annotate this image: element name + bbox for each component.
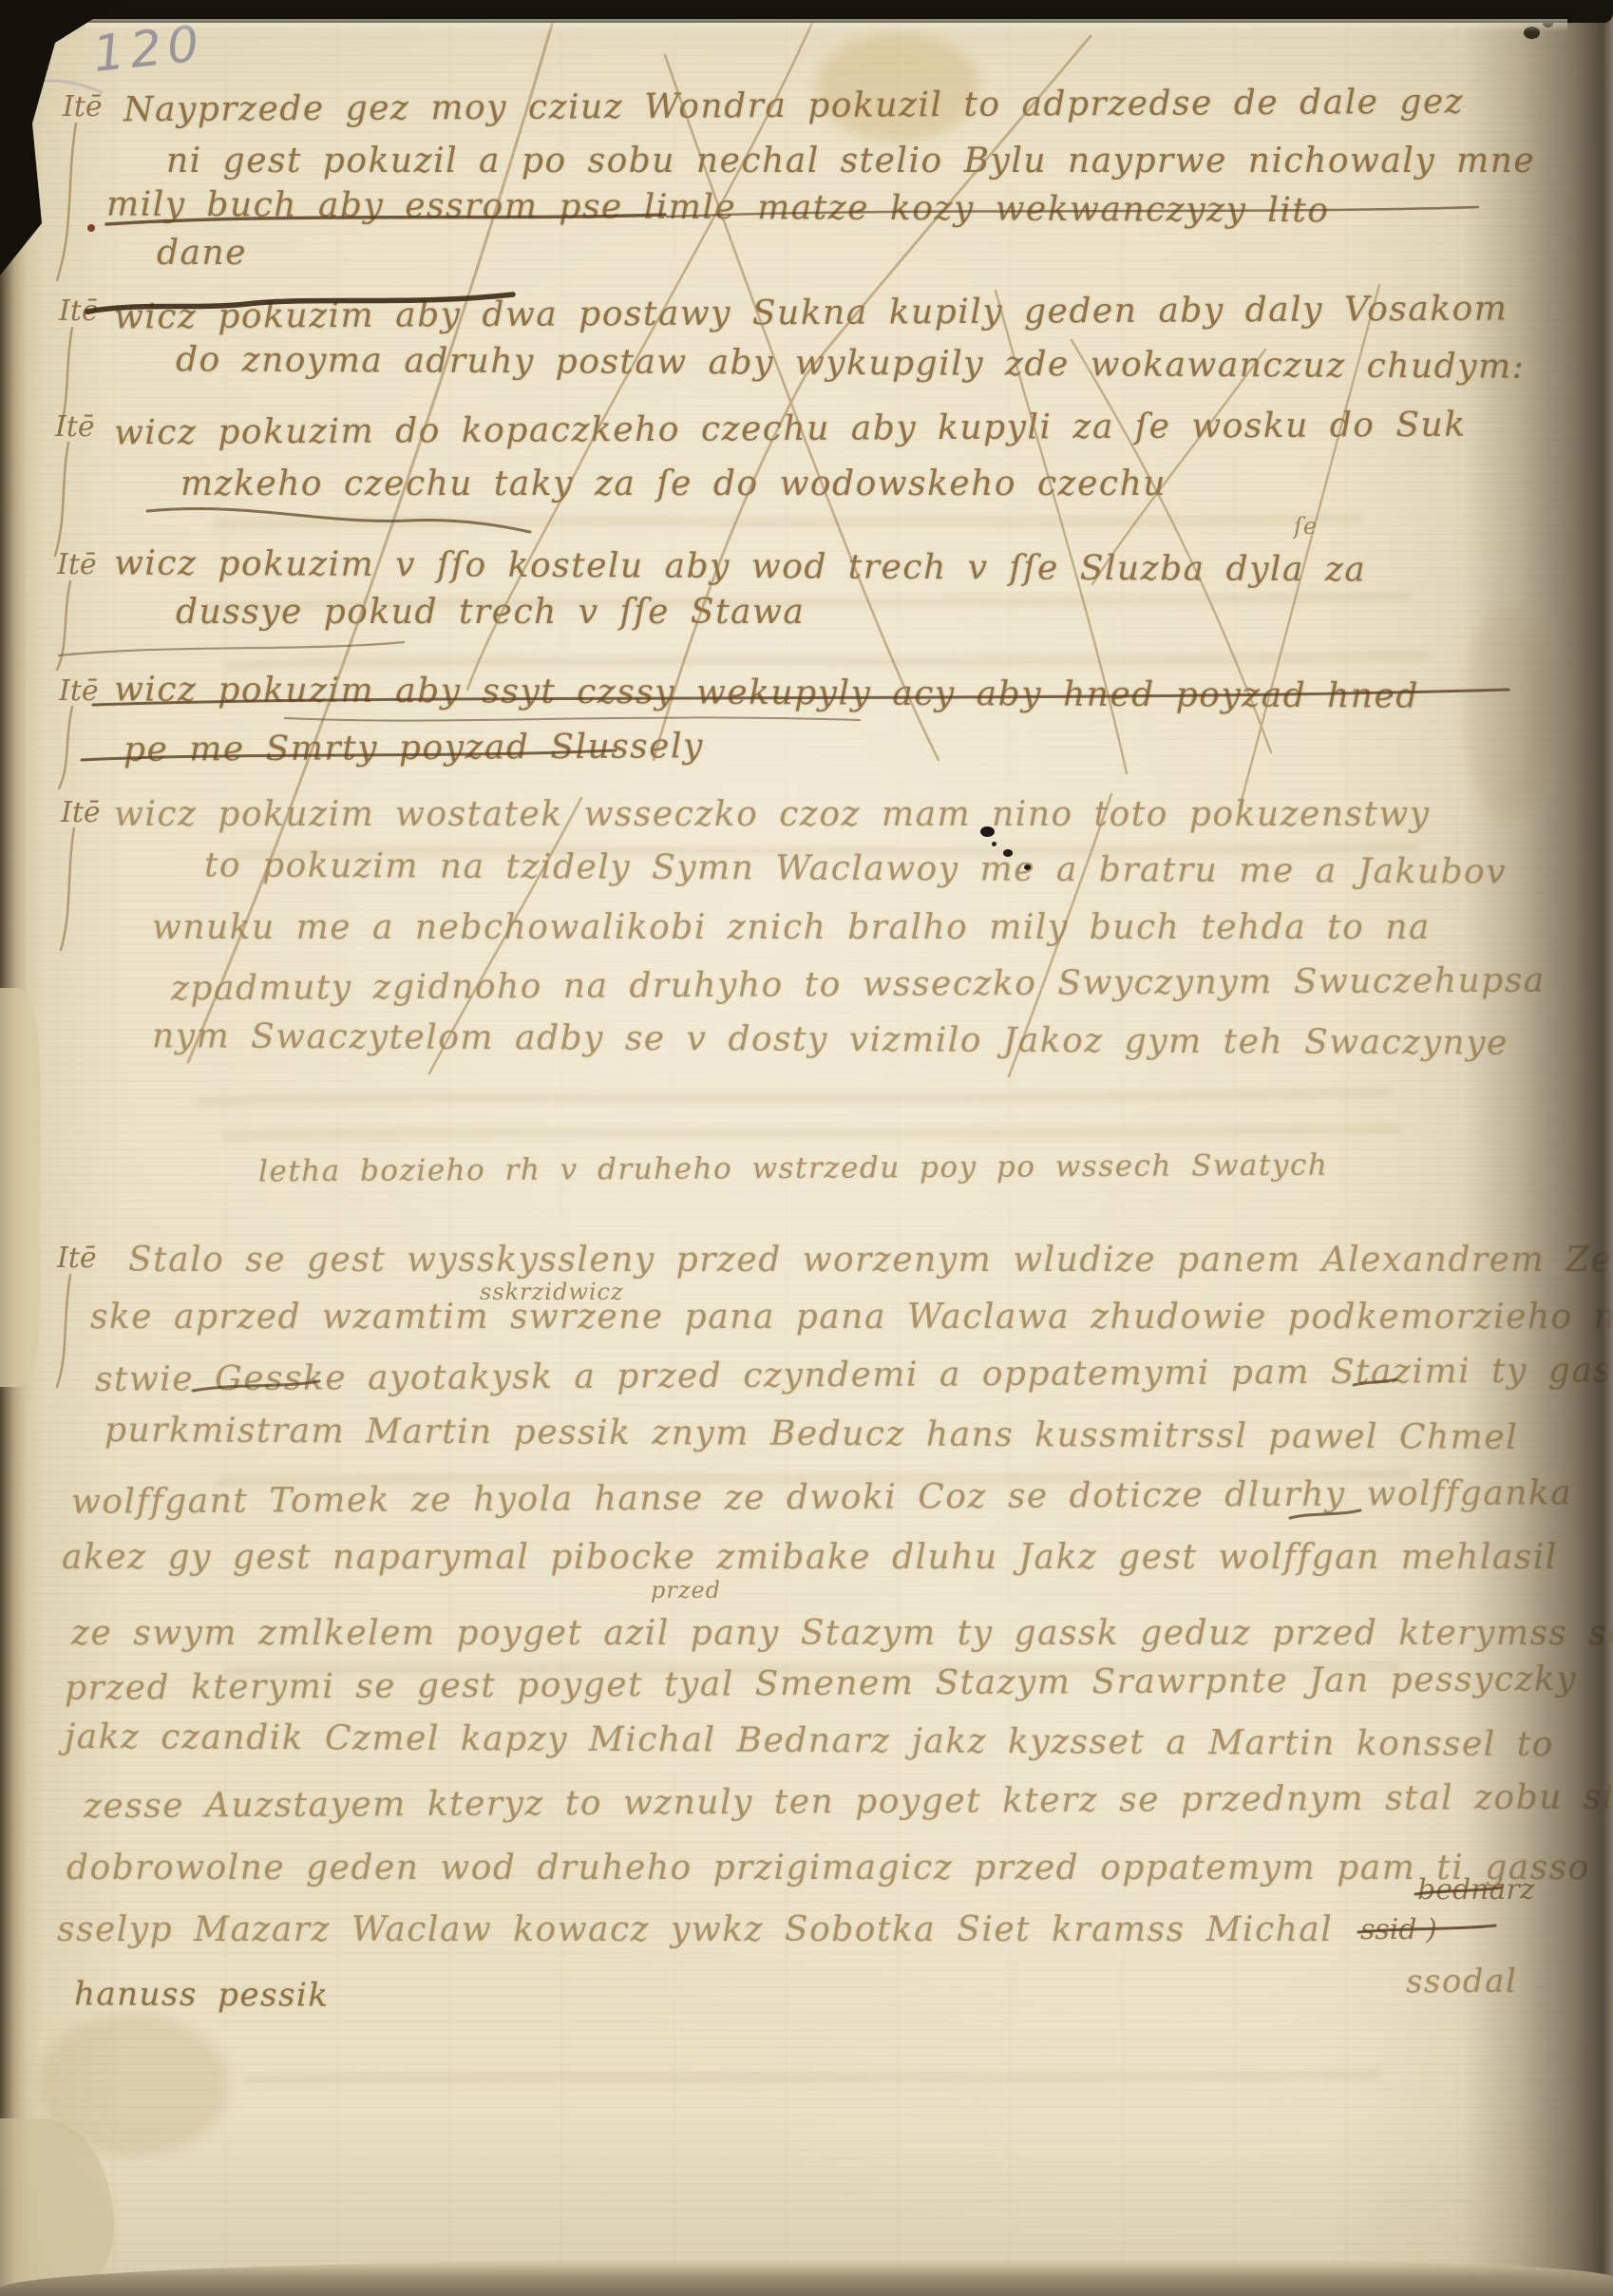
manuscript-line: wicz pokuzim do kopaczkeho czechu aby ku… — [114, 405, 1467, 454]
manuscript-line: zpadmuty zgidnoho na druhyho to wsseczko… — [171, 960, 1546, 1010]
manuscript-line: to pokuzim na tzidely Symn Waclawoy me a… — [204, 844, 1507, 892]
manuscript-line-struck: wicz pokuzim aby ssyt czssy wekupyly acy… — [114, 669, 1419, 716]
signature-left: hanuss pessik — [74, 1975, 330, 2015]
manuscript-line: ske aprzed wzamtim swrzene pana pana Wac… — [90, 1297, 1613, 1338]
manuscript-line: ni gest pokuzil a po sobu nechal stelio … — [166, 141, 1535, 181]
manuscript-line: dussye pokud trech v ſſe Stawa — [176, 592, 805, 633]
paragraph-mark-item: Itē — [57, 1242, 97, 1275]
paragraph-mark-item: Itē — [59, 674, 99, 708]
manuscript-line: ze swym zmlkelem poyget azil pany Stazym… — [71, 1613, 1613, 1654]
paragraph-mark-item: Itē — [61, 796, 101, 829]
interlinear-insertion: ſe — [1294, 513, 1318, 540]
manuscript-line: wicz pokuzim v ſſo kostelu aby wod trech… — [114, 543, 1367, 591]
paragraph-mark-item: Itē — [57, 548, 97, 581]
manuscript-line: sselyp Mazarz Waclaw kowacz ywkz Sobotka… — [57, 1909, 1333, 1950]
manuscript-line: wnuku me a nebchowalikobi znich bralho m… — [152, 907, 1431, 948]
manuscript-line: purkmistram Martin pessik znym Beducz ha… — [104, 1410, 1518, 1458]
ink-blot — [1024, 864, 1031, 870]
manuscript-line: jakz czandik Czmel kapzy Michal Bednarz … — [65, 1717, 1554, 1765]
manuscript-line: wicz pokuzim aby dwa postawy Sukna kupil… — [114, 289, 1509, 338]
page-edge-gutter-right — [1461, 0, 1613, 2296]
manuscript-line: akez gy gest naparymal pibocke zmibake d… — [62, 1537, 1558, 1578]
manuscript-line: Nayprzede gez moy cziuz Wondra pokuzil t… — [123, 82, 1464, 131]
manuscript-line: nym Swaczytelom adby se v dosty vizmilo … — [152, 1015, 1509, 1064]
manuscript-line: dane — [157, 233, 247, 274]
manuscript-line: mzkeho czechu taky za ſe do wodowskeho c… — [180, 464, 1167, 504]
ink-blot — [992, 842, 996, 846]
manuscript-line: Stalo se gest wysskyssleny przed worzeny… — [128, 1240, 1613, 1281]
paragraph-mark-item: Itē — [55, 410, 95, 444]
ink-blot — [1003, 849, 1013, 857]
manuscript-line: dobrowolne geden wod druheho przigimagic… — [66, 1848, 1613, 1888]
paragraph-mark-item: Itē — [63, 90, 103, 123]
page-edge-chip — [0, 988, 40, 1387]
ink-blot — [87, 224, 95, 232]
manuscript-scan: 120 Itē Itē Itē Itē Itē Itē Itē Nayprzed… — [0, 0, 1613, 2296]
manuscript-line: do znoyma adruhy postaw aby wykupgily zd… — [176, 339, 1526, 388]
manuscript-line-struck: mily buch aby essrom pse limle matze koz… — [106, 184, 1330, 232]
manuscript-line-struck: pe me Smrty poyzad Slussely — [123, 726, 704, 770]
dateline: letha bozieho rh v druheho wstrzedu poy … — [258, 1148, 1328, 1190]
ink-blot — [980, 826, 995, 837]
paragraph-mark-item: Itē — [59, 294, 99, 328]
interlinear-insertion: przed — [651, 1577, 721, 1603]
struck-word: ssid ) — [1360, 1913, 1437, 1946]
manuscript-line: wicz pokuzim wostatek wsseczko czoz mam … — [114, 794, 1431, 835]
page-edge-top-highlight — [85, 19, 1567, 32]
